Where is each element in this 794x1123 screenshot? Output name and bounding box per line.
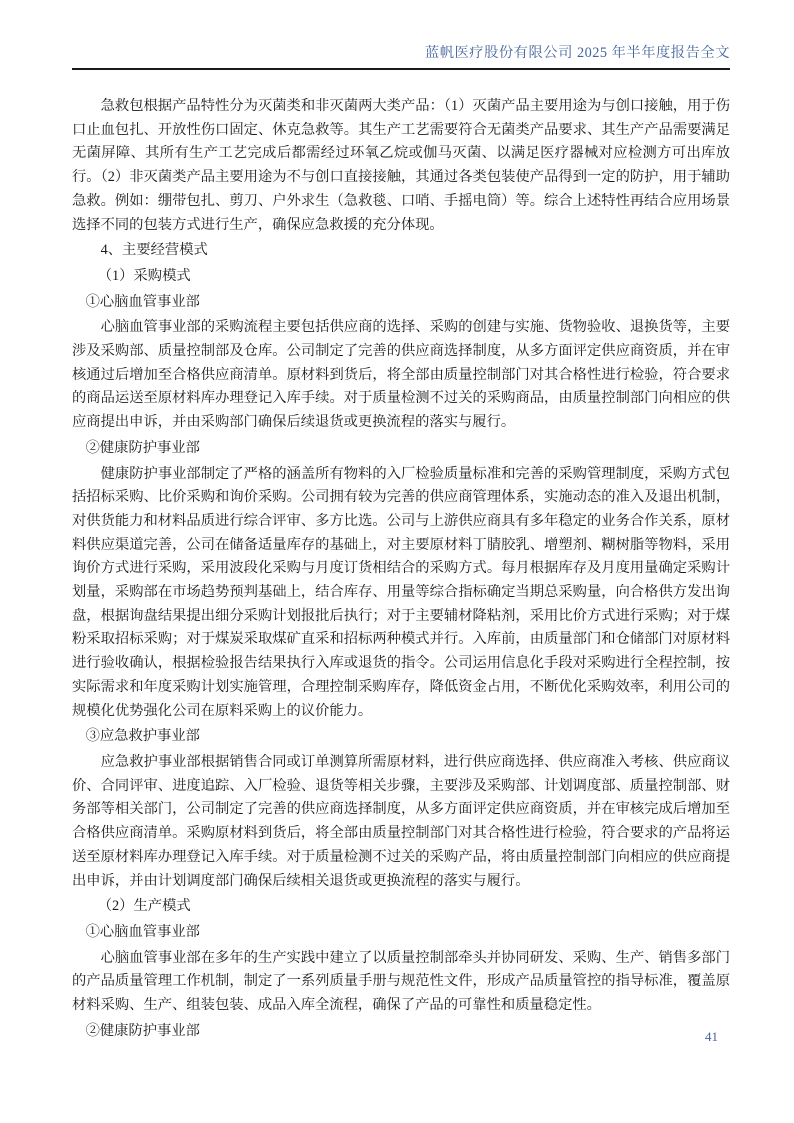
section-heading-level3: ①心脑血管事业部 <box>72 291 730 315</box>
document-body: 急救包根据产品特性分为灭菌类和非灭菌两大类产品：（1）灭菌产品主要用途为与创口接… <box>72 95 730 1043</box>
section-heading-level2: （1）采购模式 <box>72 265 730 289</box>
section-heading-level2: （2）生产模式 <box>72 895 730 919</box>
body-paragraph: 急救包根据产品特性分为灭菌类和非灭菌两大类产品：（1）灭菌产品主要用途为与创口接… <box>72 95 730 237</box>
section-heading-level3: ①心脑血管事业部 <box>72 921 730 945</box>
section-heading-level3: ③应急救护事业部 <box>72 725 730 749</box>
body-paragraph: 应急救护事业部根据销售合同或订单测算所需原材料，进行供应商选择、供应商准入考核、… <box>72 751 730 893</box>
report-page: 蓝帆医疗股份有限公司 2025 年半年度报告全文 急救包根据产品特性分为灭菌类和… <box>0 0 794 1123</box>
section-heading-level3: ②健康防护事业部 <box>72 437 730 461</box>
section-heading-level1: 4、主要经营模式 <box>72 239 730 263</box>
body-paragraph: 心脑血管事业部在多年的生产实践中建立了以质量控制部牵头并协同研发、采购、生产、销… <box>72 947 730 1018</box>
body-paragraph: 健康防护事业部制定了严格的涵盖所有物料的入厂检验质量标准和完善的采购管理制度，采… <box>72 463 730 724</box>
section-heading-level3: ②健康防护事业部 <box>72 1020 730 1044</box>
report-header-title: 蓝帆医疗股份有限公司 2025 年半年度报告全文 <box>72 42 730 70</box>
body-paragraph: 心脑血管事业部的采购流程主要包括供应商的选择、采购的创建与实施、货物验收、退换货… <box>72 316 730 435</box>
page-content: 蓝帆医疗股份有限公司 2025 年半年度报告全文 急救包根据产品特性分为灭菌类和… <box>72 42 730 1045</box>
page-number: 41 <box>705 1028 718 1046</box>
